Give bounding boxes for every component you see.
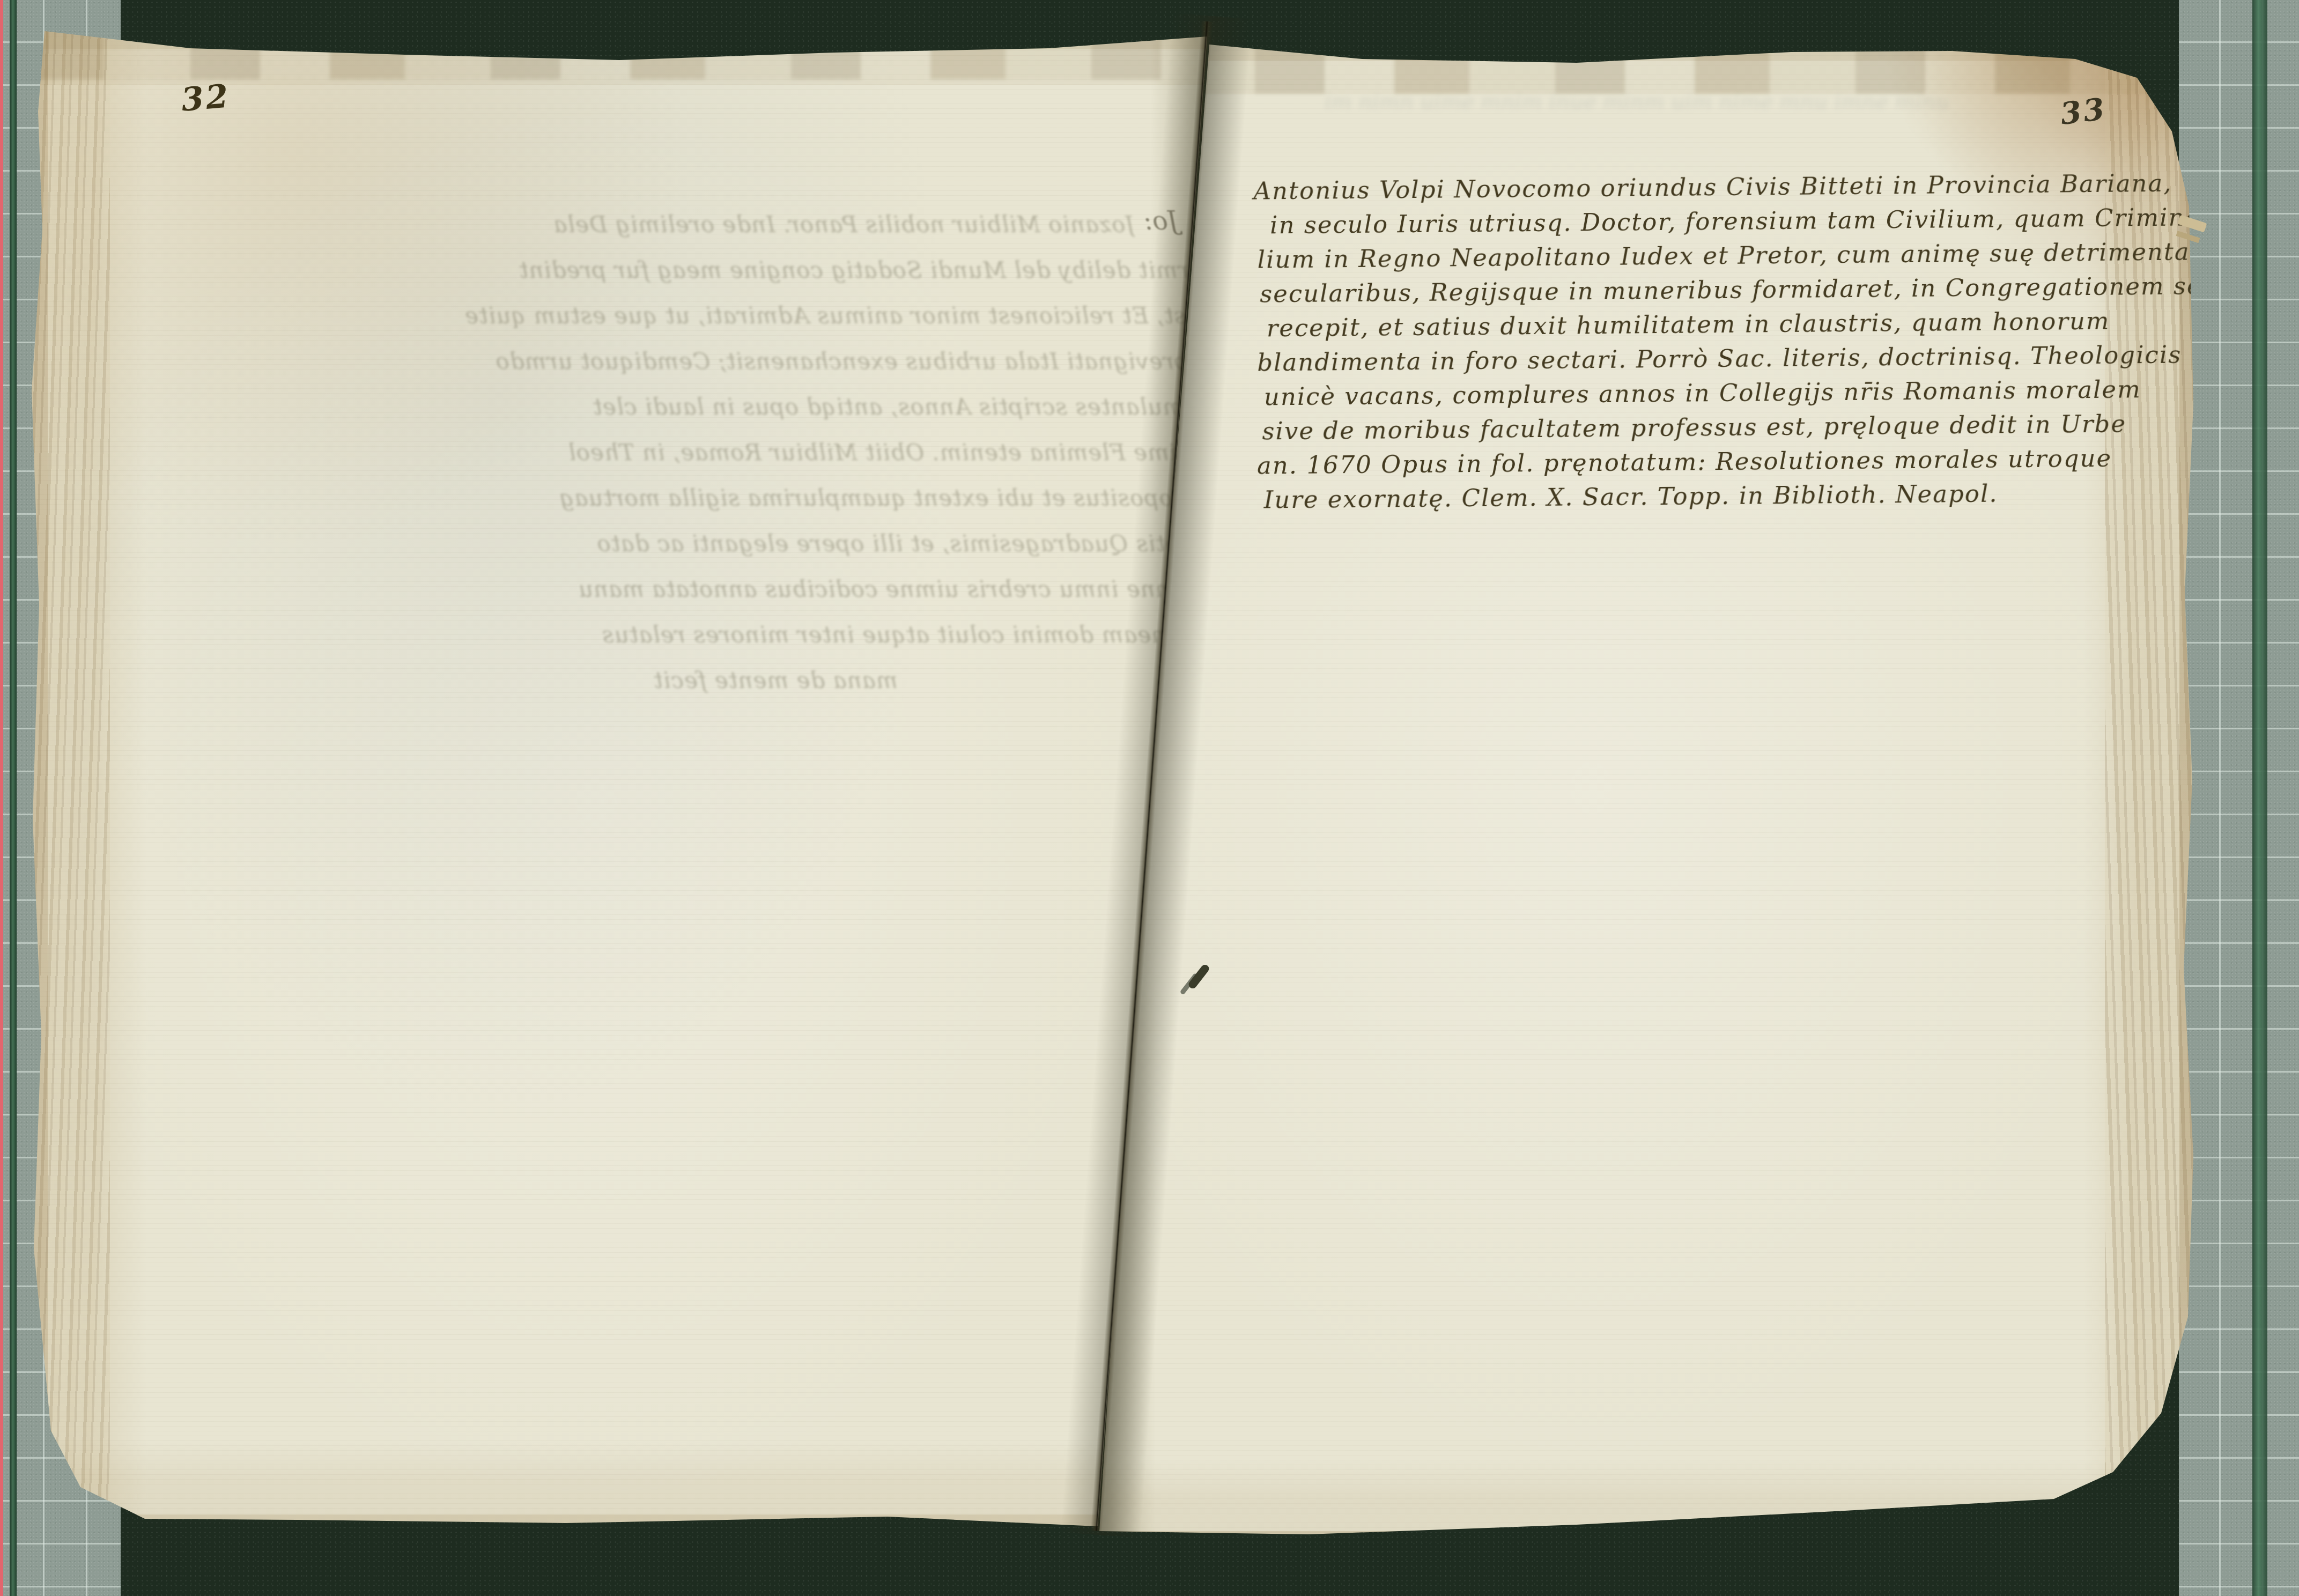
- left-page-fore-edge: [29, 15, 110, 1533]
- entry-line: Iure exornatę. Clem. X. Sacr. Topp. in B…: [1263, 475, 2189, 517]
- showthrough-line: rmit deliby del Mundi Sodatig congine me…: [164, 247, 1189, 293]
- left-page: 32 Jozanio Milbiur nobilis Panor. Inde o…: [29, 15, 1209, 1533]
- showthrough-line: totis Quadragesimis, et illi opere elega…: [164, 521, 1189, 566]
- green-rod-left: [10, 0, 17, 1596]
- pink-edge-strip: [0, 0, 3, 1596]
- showthrough-line: prevignati Itala urbibus exenchanensit; …: [153, 338, 1189, 384]
- ink-blot: [1187, 963, 1211, 990]
- entry-text-block: Antonius Volpi Novocomo oriundus Civis B…: [1253, 166, 2190, 517]
- showthrough-line: limulantes scriptis Annos, antiqd opus i…: [228, 384, 1200, 430]
- green-rod-right: [2252, 0, 2267, 1596]
- showthrough-text-block: Jozanio Milbiur nobilis Panor. Inde orel…: [121, 202, 1200, 703]
- right-page: 33 im nimn uime mnim inue minm uim nime …: [1094, 29, 2199, 1547]
- manuscript-photograph: 32 Jozanio Milbiur nobilis Panor. Inde o…: [0, 0, 2299, 1596]
- showthrough-line: uineam domini coluit atque inter minores…: [186, 612, 1189, 657]
- showthrough-line: Propositus et ubi extent quamplurima sig…: [207, 475, 1200, 521]
- showthrough-line: mana de mente fecit: [531, 657, 898, 703]
- showthrough-line: sime Flemina etenim. Obiit Milbiur Romae…: [175, 430, 1189, 475]
- showthrough-line: ast, Et relicionest minor animus Admirat…: [196, 293, 1200, 338]
- showthrough-line: Jozanio Milbiur nobilis Panor. Inde orel…: [186, 202, 1135, 247]
- measurement-grid-right: [2176, 0, 2299, 1596]
- showthrough-line: nimne inmu crebris uimne codicibus annot…: [218, 566, 1200, 612]
- left-page-number: 32: [180, 77, 232, 119]
- ghost-header-line: im nimn uime mnim inue minm uim nime mnu…: [1325, 90, 2091, 114]
